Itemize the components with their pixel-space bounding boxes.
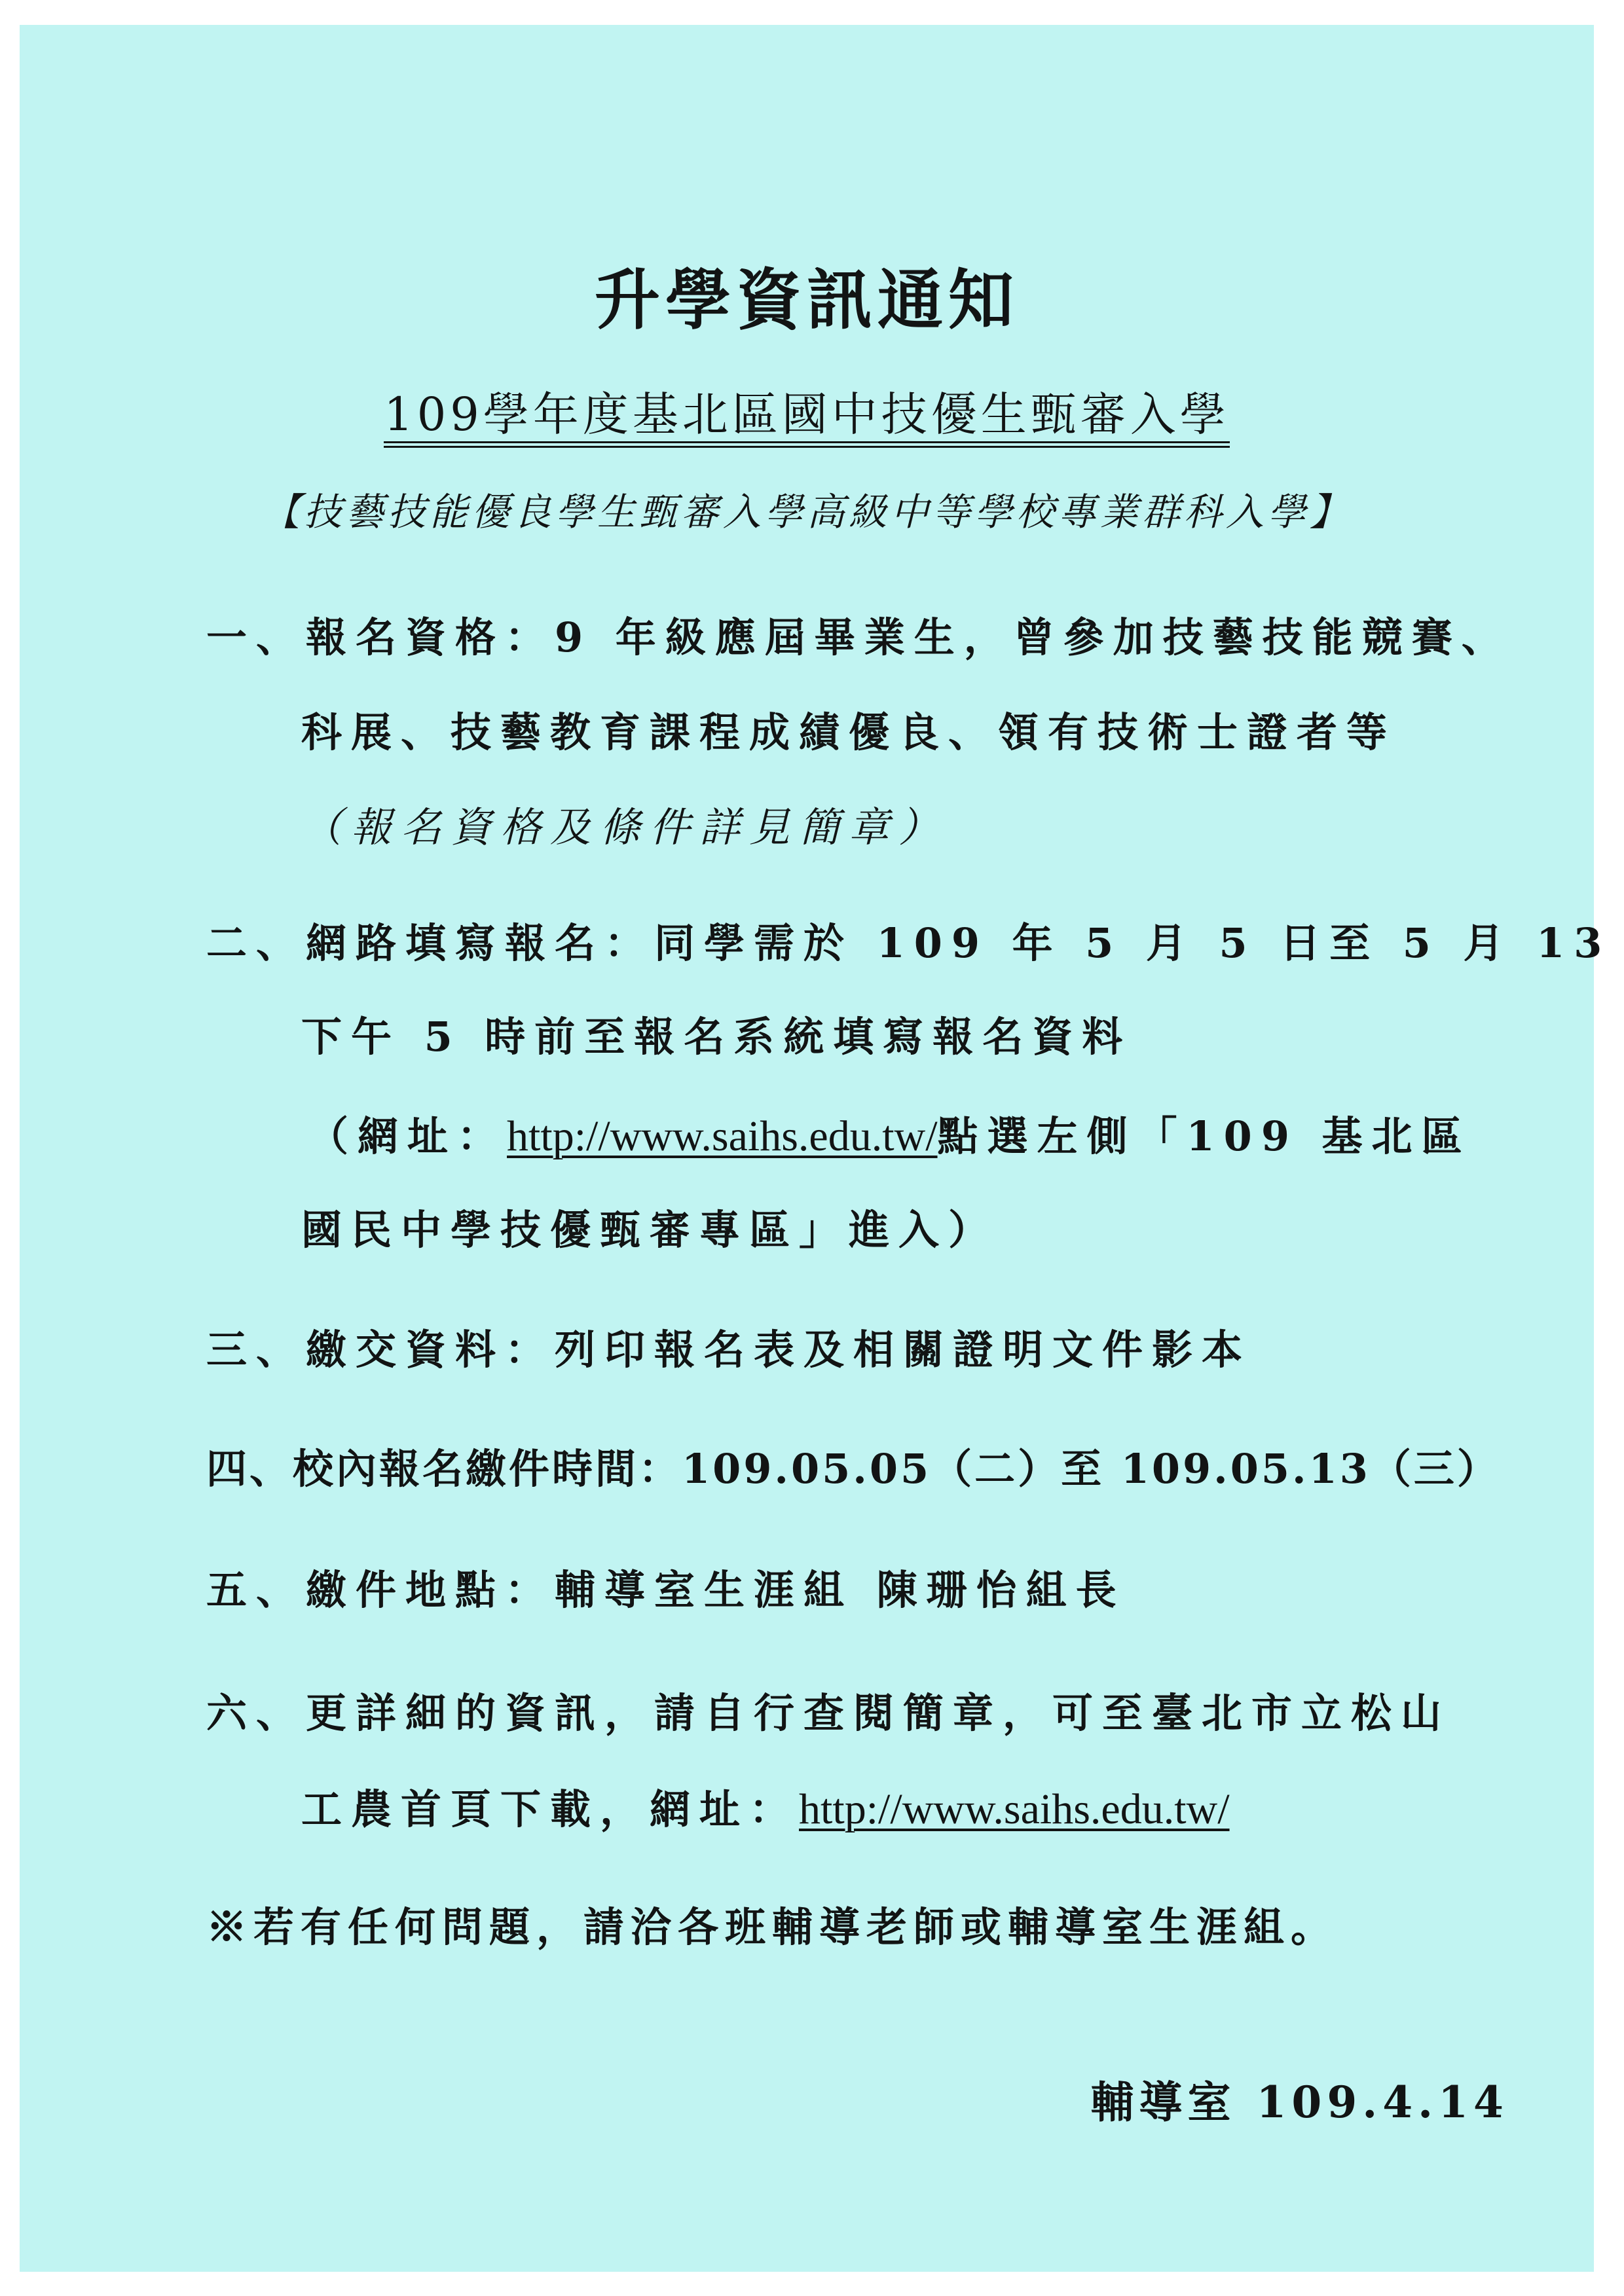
item-2-line-2: 下午 5 時前至報名系統填寫報名資料 xyxy=(301,1017,1132,1057)
item-5-line-1: 五、繳件地點：輔導室生涯組 陳珊怡組長 xyxy=(206,1570,1126,1611)
notice-sheet: 升學資訊通知 109學年度基北區國中技優生甄審入學 【技藝技能優良學生甄審入學高… xyxy=(20,25,1594,2272)
item-4-line-1: 四、校內報名繳件時間：109.05.05（二）至 109.05.13（三） xyxy=(206,1449,1500,1489)
download-link[interactable]: http://www.saihs.edu.tw/ xyxy=(799,1785,1230,1833)
item-6-url-line: 工農首頁下載，網址：http://www.saihs.edu.tw/ xyxy=(301,1788,1230,1831)
page-title: 升學資訊通知 xyxy=(20,267,1594,333)
item-2-line-1: 二、網路填寫報名：同學需於 109 年 5 月 5 日至 5 月 13 日 xyxy=(206,923,1624,964)
subtitle: 109學年度基北區國中技優生甄審入學 xyxy=(20,392,1594,448)
item-1-line-1: 一、報名資格：9 年級應屆畢業生，曾參加技藝技能競賽、 xyxy=(206,617,1511,658)
item-2-line-4: 國民中學技優甄審專區」進入） xyxy=(301,1210,998,1250)
item-6-line-1: 六、更詳細的資訊，請自行查閱簡章，可至臺北市立松山 xyxy=(206,1693,1450,1734)
website-link[interactable]: http://www.saihs.edu.tw/ xyxy=(507,1112,938,1160)
footnote: ※若有任何問題，請洽各班輔導老師或輔導室生涯組。 xyxy=(206,1907,1338,1948)
bracket-note: 【技藝技能優良學生甄審入學高級中等學校專業群科入學】 xyxy=(20,493,1594,531)
item-2-url-line: （網址：http://www.saihs.edu.tw/點選左側「109 基北區 xyxy=(308,1115,1471,1158)
item-2-url-prefix: （網址： xyxy=(308,1112,507,1160)
item-2-url-suffix: 點選左側「109 基北區 xyxy=(938,1112,1471,1160)
item-1-line-2: 科展、技藝教育課程成績優良、領有技術士證者等 xyxy=(301,712,1396,753)
item-6-url-prefix: 工農首頁下載，網址： xyxy=(301,1785,799,1833)
item-3-line-1: 三、繳交資料：列印報名表及相關證明文件影本 xyxy=(206,1330,1251,1370)
item-1-note: （報名資格及條件詳見簡章） xyxy=(301,807,948,848)
signature: 輔導室 109.4.14 xyxy=(1091,2081,1509,2124)
subtitle-text: 109學年度基北區國中技優生甄審入學 xyxy=(384,392,1230,448)
